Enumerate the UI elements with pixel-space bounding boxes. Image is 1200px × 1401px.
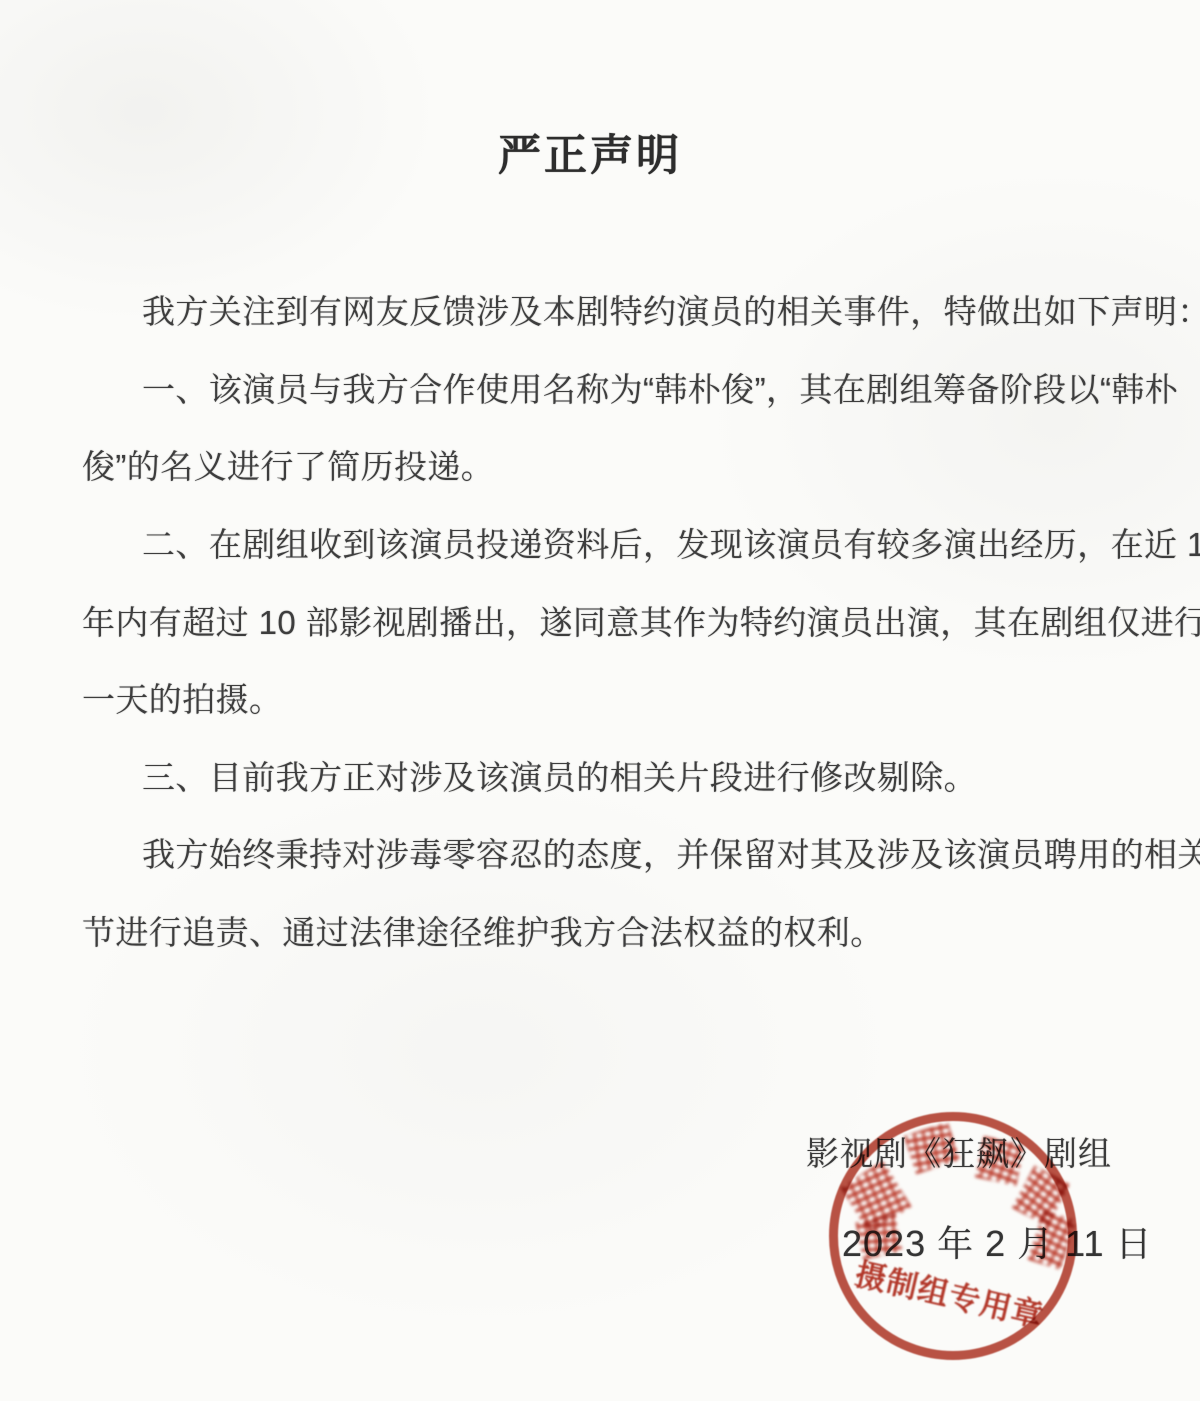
statement-line: 一、该演员与我方合作使用名称为“韩朴俊”，其在剧组筹备阶段以“韩朴 (82, 349, 1120, 427)
statement-line: 年内有超过 10 部影视剧播出，遂同意其作为特约演员出演，其在剧组仅进行了 (82, 581, 1120, 659)
statement-line: 我方关注到有网友反馈涉及本剧特约演员的相关事件，特做出如下声明： (82, 271, 1120, 349)
scanned-statement-page: 严正声明 我方关注到有网友反馈涉及本剧特约演员的相关事件，特做出如下声明： 一、… (0, 0, 1200, 1401)
statement-line: 三、目前我方正对涉及该演员的相关片段进行修改剔除。 (82, 737, 1120, 815)
statement-line: 节进行追责、通过法律途径维护我方合法权益的权利。 (82, 892, 1120, 970)
statement-line: 我方始终秉持对涉毒零容忍的态度，并保留对其及涉及该演员聘用的相关环 (82, 814, 1120, 892)
stamp-illegible-glyph (975, 1136, 1025, 1186)
statement-line: 一天的拍摄。 (82, 659, 1120, 737)
statement-line: 二、在剧组收到该演员投递资料后，发现该演员有较多演出经历，在近 10 (82, 504, 1120, 582)
statement-body: 我方关注到有网友反馈涉及本剧特约演员的相关事件，特做出如下声明： 一、该演员与我… (82, 271, 1120, 969)
statement-line: 俊”的名义进行了简历投递。 (82, 426, 1120, 504)
red-seal-stamp: 摄制组专用章 (829, 1112, 1077, 1360)
statement-title: 严正声明 (0, 122, 1180, 183)
